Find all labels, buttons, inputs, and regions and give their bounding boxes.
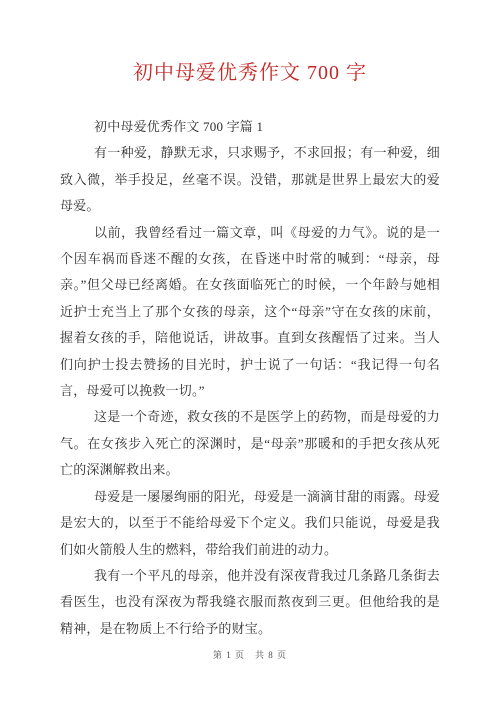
page-number-text: 第 1 页 共 8 页 <box>213 650 287 660</box>
paragraph: 这是一个奇迹，救女孩的不是医学上的药物，而是母爱的力气。在女孩步入死亡的深渊时，… <box>60 404 440 483</box>
paragraph: 母爱是一屡屡绚丽的阳光，母爱是一滴滴甘甜的雨露。母爱是宏大的，以至于不能给母爱下… <box>60 484 440 563</box>
document-body: 初中母爱优秀作文 700 字篇 1 有一种爱，静默无求，只求赐予，不求回报；有一… <box>60 114 440 642</box>
page-number-footer: 第 1 页 共 8 页 <box>0 648 500 662</box>
document-title: 初中母爱优秀作文 700 字 <box>60 56 440 90</box>
document-page: 初中母爱优秀作文 700 字 初中母爱优秀作文 700 字篇 1 有一种爱，静默… <box>0 0 500 707</box>
paragraph: 以前，我曾经看过一篇文章，叫《母爱的力气》。说的是一个因车祸而昏迷不醒的女孩，在… <box>60 220 440 405</box>
paragraph: 有一种爱，静默无求，只求赐予，不求回报；有一种爱，细致入微，举手投足，丝毫不误。… <box>60 140 440 219</box>
paragraph: 我有一个平凡的母亲，他并没有深夜背我过几条路几条街去看医生，也没有深夜为帮我缝衣… <box>60 563 440 642</box>
paragraph-subtitle: 初中母爱优秀作文 700 字篇 1 <box>60 114 440 140</box>
